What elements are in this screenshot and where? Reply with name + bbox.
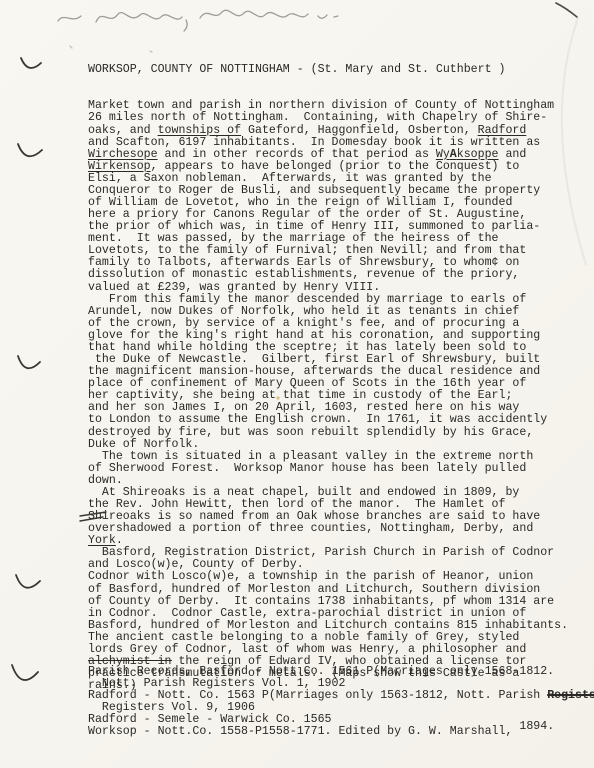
text-segment: the Rev. John Hewitt, then lord of the m… xyxy=(88,498,505,511)
text-segment: of the crown, by service of a knight's f… xyxy=(88,317,519,330)
text-segment: place of confinement of Mary Queen of Sc… xyxy=(88,377,526,390)
text-segment: lords Grey of Codnor, last of whom was H… xyxy=(88,643,526,656)
text-segment: Parish Records, Basford - Nott.Co. 1561 … xyxy=(88,665,554,678)
text-segment: A xyxy=(450,148,457,161)
text-segment: Conqueror to Roger de Busli, and subsequ… xyxy=(88,184,540,197)
footnote-separator xyxy=(88,660,172,661)
text-segment: of Sherwood Forest. Worksop Manor house … xyxy=(88,462,526,475)
margin-checkmarks xyxy=(12,58,42,680)
text-segment: family to Talbots, afterwards Earls of S… xyxy=(88,256,519,269)
text-line: overshadowed a portion of three counties… xyxy=(88,523,568,535)
text-segment: Gateford, Haggonfield, Osberton, xyxy=(241,124,478,137)
scanned-document-page: WORKSOP, COUNTY OF NOTTINGHAM - (St. Mar… xyxy=(0,0,594,768)
text-segment: From this family the manor descended by … xyxy=(88,293,526,306)
text-segment: Nott. Parish Registers Vol. 1, 1902 xyxy=(88,677,345,690)
body-text: Market town and parish in northern divis… xyxy=(88,100,568,692)
text-segment: and her son James I, on 20 April, 1603, … xyxy=(88,401,519,414)
text-segment: Radford - Nott. Co. 1563 P(Marriages onl… xyxy=(88,689,547,702)
text-segment: ksoppe xyxy=(457,148,499,161)
text-segment: 1894. xyxy=(519,720,554,733)
typewritten-text: WORKSOP, COUNTY OF NOTTINGHAM - (St. Mar… xyxy=(88,40,568,716)
text-segment: down. xyxy=(88,474,123,487)
text-segment: of William de Lovetot, who in the reign … xyxy=(88,196,512,209)
text-line: of Sherwood Forest. Worksop Manor house … xyxy=(88,463,568,475)
text-segment: Elsi, a Saxon nobleman. Afterwards, it w… xyxy=(88,172,492,185)
text-segment: Radford xyxy=(478,124,527,137)
margin-checkmark-icon xyxy=(18,356,40,368)
margin-checkmark-icon xyxy=(12,665,38,680)
margin-checkmark-icon xyxy=(18,144,42,156)
text-segment: dissolution of monastic establishments, … xyxy=(88,268,519,281)
text-segment: that hand while holding the sceptre; it … xyxy=(88,341,526,354)
text-segment: here a priory for Canons Regular of the … xyxy=(88,208,526,221)
text-segment: Wirkensop xyxy=(88,160,151,173)
text-segment: in Codnor. Codnor Castle, extra-parochia… xyxy=(88,607,526,620)
text-segment: overshadowed a portion of three counties… xyxy=(88,522,533,535)
text-segment: oaks, and xyxy=(88,124,158,137)
text-segment: Wirchesope xyxy=(88,148,158,161)
text-segment: Shireoaks is so named from an Oak whose … xyxy=(88,510,540,523)
text-segment: . xyxy=(116,534,123,547)
text-segment: her captivity, she being at that time in… xyxy=(88,389,512,402)
text-segment: valued at £239, was granted by Henry VII… xyxy=(88,281,380,294)
text-segment: Registers Vol. 9, 1906 xyxy=(88,701,255,714)
text-segment: Basford, Registration District, Parish C… xyxy=(88,546,554,559)
text-segment: Lovetots, to the family of Furnival; the… xyxy=(88,244,526,257)
text-segment: Radford - Semele - Warwick Co. 1565 xyxy=(88,713,332,726)
text-segment: At Shireoaks is a neat chapel, built and… xyxy=(88,486,519,499)
text-segment: Worksop - Nott.Co. 1558-P1558-1771. Edit… xyxy=(88,725,519,738)
margin-checkmark-icon xyxy=(21,58,41,68)
page-title: WORKSOP, COUNTY OF NOTTINGHAM - (St. Mar… xyxy=(88,64,568,76)
text-segment: Basford, hundred of Morleston and Litchu… xyxy=(88,619,568,632)
text-segment: and Scafton, 6197 inhabitants. In Domesd… xyxy=(88,136,540,149)
text-segment: Arundel, now Dukes of Norfolk, who held … xyxy=(88,305,519,318)
text-segment: the magnificent mansion-house, afterward… xyxy=(88,365,540,378)
text-segment: the Duke of Newcastle. Gilbert, first Ea… xyxy=(88,353,540,366)
text-segment: destroyed by fire, but was soon rebuilt … xyxy=(88,426,533,439)
text-segment: ment. It was passed, by the marriage of … xyxy=(88,232,499,245)
text-segment: of County of Derby. It contains 1738 inh… xyxy=(88,595,554,608)
text-segment: and xyxy=(499,148,527,161)
text-segment: the prior of which was, in time of Henry… xyxy=(88,220,540,233)
text-segment: Codnor with Losco(w)e, a township in the… xyxy=(88,570,533,583)
footnotes: Parish Records, Basford - Nott.Co. 1561 … xyxy=(88,666,594,738)
text-segment: , appears to have belonged (prior to the… xyxy=(151,160,520,173)
text-segment: Regists xyxy=(547,689,594,702)
text-segment: glove for the king's right hand at his c… xyxy=(88,329,540,342)
text-segment: and in other records of that period as xyxy=(158,148,436,161)
text-segment: The town is situated in a pleasant valle… xyxy=(88,450,533,463)
text-segment: Market town and parish in northern divis… xyxy=(88,99,554,112)
text-segment: York xyxy=(88,534,116,547)
text-segment: 26 miles north of Nottingham. Containing… xyxy=(88,111,547,124)
margin-checkmark-icon xyxy=(16,575,40,588)
pen-stroke-icon xyxy=(556,3,577,17)
text-line: Worksop - Nott.Co. 1558-P1558-1771. Edit… xyxy=(88,726,594,738)
text-segment: Wy xyxy=(436,148,450,161)
text-segment: of Basford, hundred of Morleston and Lit… xyxy=(88,583,540,596)
text-segment: to London to assume the English crown. I… xyxy=(88,413,547,426)
text-segment: townships of xyxy=(158,124,242,137)
text-segment: The ancient castle belonging to a noble … xyxy=(88,631,519,644)
text-segment: Duke of Norfolk. xyxy=(88,438,199,451)
text-segment: and Losco(w)e, County of Derby. xyxy=(88,558,304,571)
